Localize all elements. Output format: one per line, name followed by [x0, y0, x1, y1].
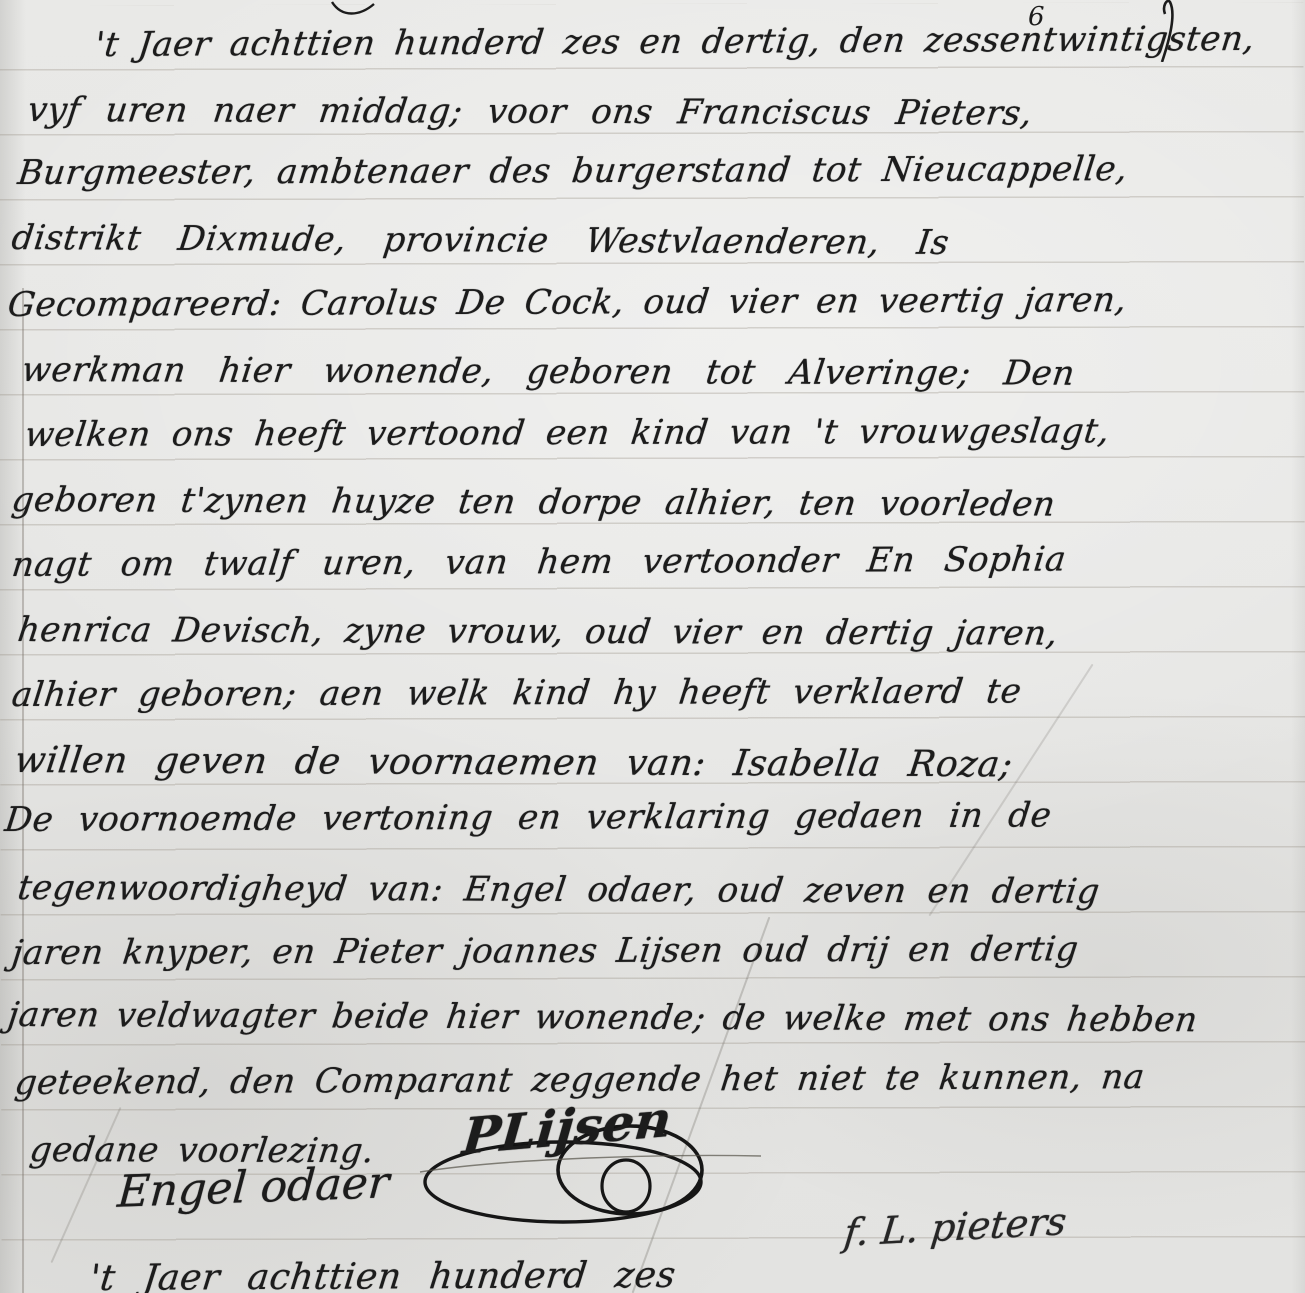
ink-descender-mark — [330, 0, 376, 24]
signature-engel-odaer: Engel odaer — [116, 1157, 391, 1217]
next-entry-partial-line: 't Jaer achttien hunderd zes — [88, 1255, 678, 1293]
manuscript-line: geboren t'zynen huyze ten dorpe alhier, … — [9, 480, 1057, 525]
manuscript-line: nagt om twalf uren, van hem vertoonder E… — [10, 539, 1069, 585]
manuscript-line: Burgmeester, ambtenaer des burgerstand t… — [16, 149, 1130, 193]
manuscript-line: jaren knyper, en Pieter joannes Lijsen o… — [10, 929, 1081, 973]
manuscript-line: vyf uren naer middag; voor ons Franciscu… — [25, 90, 1034, 134]
manuscript-line: jaren veldwagter beide hier wonende; de … — [5, 995, 1200, 1040]
manuscript-line: De voornoemde vertoning en verklaring ge… — [3, 795, 1054, 840]
manuscript-line: welken ons heeft vertoond een kind van '… — [23, 411, 1112, 455]
manuscript-line: tegenwoordigheyd van: Engel odaer, oud z… — [15, 868, 1102, 912]
signature-p-lijsen: PLijsen — [418, 1092, 763, 1242]
manuscript-line: henrica Devisch, zyne vrouw, oud vier en… — [15, 610, 1060, 654]
manuscript-line: willen geven de voornaemen van: Isabella… — [12, 740, 1015, 785]
manuscript-line: distrikt Dixmude, provincie Westvlaender… — [9, 218, 951, 263]
manuscript-line: werkman hier wonende, geboren tot Alveri… — [19, 350, 1077, 394]
manuscript-line: Gecompareerd: Carolus De Cock, oud vier … — [6, 280, 1129, 325]
signature-fl-pieters: f. L. pieters — [842, 1199, 1069, 1254]
manuscript-line: alhier geboren; aen welk kind hy heeft v… — [10, 671, 1024, 715]
manuscript-page: 6 't Jaer achttien hunderd zes en dertig… — [0, 0, 1305, 1293]
manuscript-line: 't Jaer achttien hunderd zes en dertig, … — [93, 19, 1257, 65]
